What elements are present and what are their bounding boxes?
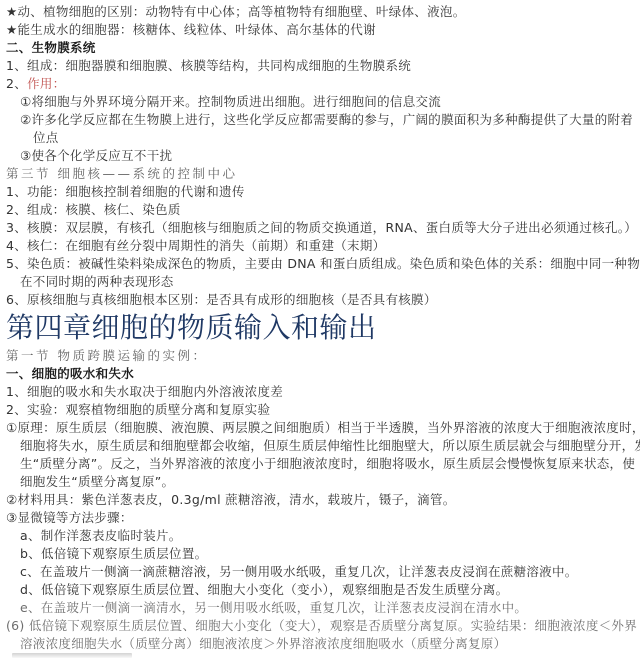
text-segment: 生“质壁分离”。反之，当外界溶液的浓度小于细胞液浓度时，细胞将吸水，原生质层会慢… [20, 456, 635, 471]
text-segment: 细胞发生“质壁分离复原”。 [20, 474, 174, 489]
doc-line: d、低倍镜下观察原生质层位置、细胞大小变化（变小），观察细胞是否发生质壁分离。 [6, 581, 636, 599]
text-segment: 1、细胞的吸水和失水取决于细胞内外溶液浓度差 [6, 384, 283, 399]
text-segment: ①原理：原生质层（细胞膜、液泡膜、两层膜之间细胞质）相当于半透膜，当外界溶液的浓… [6, 420, 640, 435]
text-segment: 一、细胞的吸水和失水 [6, 366, 134, 381]
doc-line: ③显微镜等方法步骤： [6, 509, 636, 527]
text-segment: 第三节 细胞核——系统的控制中心 [6, 166, 237, 181]
doc-line: 细胞将失水，原生质层和细胞壁都会收缩，但原生质层伸缩性比细胞壁大，所以原生质层就… [6, 437, 636, 455]
chapter-heading: 第四章细胞的物质输入和输出 [6, 310, 636, 346]
doc-line: ①将细胞与外界环境分隔开来。控制物质进出细胞。进行细胞间的信息交流 [6, 93, 636, 111]
doc-line: 3、核膜：双层膜，有核孔（细胞核与细胞质之间的物质交换通道，RNA、蛋白质等大分… [6, 219, 636, 237]
doc-line: 2、组成：核膜、核仁、染色质 [6, 201, 636, 219]
text-segment: 在不同时期的两种表现形态 [20, 274, 174, 289]
doc-line: a、制作洋葱表皮临时装片。 [6, 527, 636, 545]
doc-line: b、低倍镜下观察原生质层位置。 [6, 545, 636, 563]
doc-line: 生“质壁分离”。反之，当外界溶液的浓度小于细胞液浓度时，细胞将吸水，原生质层会慢… [6, 455, 636, 473]
text-segment: c、在盖玻片一侧滴一滴蔗糖溶液，另一侧用吸水纸吸，重复几次，让洋葱表皮浸润在蔗糖… [20, 564, 578, 579]
text-segment: ③使各个化学反应互不干扰 [20, 148, 172, 163]
doc-line: 4、核仁：在细胞有丝分裂中周期性的消失（前期）和重建（末期） [6, 237, 636, 255]
text-segment: (6) 低倍镜下观察原生质层位置、细胞大小变化（变大），观察是否质壁分离复原。实… [6, 618, 637, 633]
doc-line: ③使各个化学反应互不干扰 [6, 147, 636, 165]
doc-line: ②材料用具：紫色洋葱表皮，0.3g/ml 蔗糖溶液，清水，载玻片，镊子，滴管。 [6, 491, 636, 509]
doc-line: e、在盖玻片一侧滴一滴清水，另一侧用吸水纸吸，重复几次，让洋葱表皮浸润在清水中。 [6, 599, 636, 617]
doc-line: 在不同时期的两种表现形态 [6, 273, 636, 291]
text-segment: ★能生成水的细胞器：核糖体、线粒体、叶绿体、高尔基体的代谢 [6, 22, 376, 37]
text-segment: ★动、植物细胞的区别：动物特有中心体；高等植物特有细胞壁、叶绿体、液泡。 [6, 4, 466, 19]
doc-line: ②许多化学反应都在生物膜上进行，这些化学反应都需要酶的参与，广阔的膜面积为多种酶… [6, 111, 636, 129]
text-segment: a、制作洋葱表皮临时装片。 [20, 528, 182, 543]
doc-line: 2、作用： [6, 75, 636, 93]
text-segment: ①将细胞与外界环境分隔开来。控制物质进出细胞。进行细胞间的信息交流 [20, 94, 441, 109]
text-segment: e、在盖玻片一侧滴一滴清水，另一侧用吸水纸吸，重复几次，让洋葱表皮浸润在清水中。 [20, 600, 527, 615]
doc-line: 溶液浓度细胞失水（质壁分离）细胞液浓度＞外界溶液浓度细胞吸水（质壁分离复原） [6, 635, 636, 653]
text-segment: 5、染色质：被碱性染料染成深色的物质，主要由 DNA 和蛋白质组成。染色质和染色… [6, 256, 640, 271]
text-segment: 二、生物膜系统 [6, 40, 96, 55]
text-segment: 2、组成：核膜、核仁、染色质 [6, 202, 181, 217]
subsection-heading: 二、生物膜系统 [6, 39, 636, 57]
doc-line: (6) 低倍镜下观察原生质层位置、细胞大小变化（变大），观察是否质壁分离复原。实… [6, 617, 636, 635]
text-segment: 第四章细胞的物质输入和输出 [6, 311, 377, 344]
doc-line: ①原理：原生质层（细胞膜、液泡膜、两层膜之间细胞质）相当于半透膜，当外界溶液的浓… [6, 419, 636, 437]
doc-line: 6、原核细胞与真核细胞根本区别：是否具有成形的细胞核（是否具有核膜） [6, 291, 636, 309]
section-heading: 第一节 物质跨膜运输的实例： [6, 347, 636, 365]
highlighted-text: 作用： [27, 76, 65, 91]
text-segment: 1、组成：细胞器膜和细胞膜、核膜等结构，共同构成细胞的生物膜系统 [6, 58, 411, 73]
doc-line: ★能生成水的细胞器：核糖体、线粒体、叶绿体、高尔基体的代谢 [6, 21, 636, 39]
text-segment: 6、原核细胞与真核细胞根本区别：是否具有成形的细胞核（是否具有核膜） [6, 292, 437, 307]
doc-line: c、在盖玻片一侧滴一滴蔗糖溶液，另一侧用吸水纸吸，重复几次，让洋葱表皮浸润在蔗糖… [6, 563, 636, 581]
text-segment: 溶液浓度细胞失水（质壁分离）细胞液浓度＞外界溶液浓度细胞吸水（质壁分离复原） [20, 636, 506, 651]
text-segment: 4、核仁：在细胞有丝分裂中周期性的消失（前期）和重建（末期） [6, 238, 385, 253]
doc-line: 2、实验：观察植物细胞的质壁分离和复原实验 [6, 401, 636, 419]
document-page: ★动、植物细胞的区别：动物特有中心体；高等植物特有细胞壁、叶绿体、液泡。★能生成… [0, 0, 640, 671]
text-segment: 1、功能：细胞核控制着细胞的代谢和遗传 [6, 184, 245, 199]
text-segment: 位点 [33, 130, 59, 145]
doc-line: ★动、植物细胞的区别：动物特有中心体；高等植物特有细胞壁、叶绿体、液泡。 [6, 3, 636, 21]
text-segment: b、低倍镜下观察原生质层位置。 [20, 546, 207, 561]
doc-line: 5、染色质：被碱性染料染成深色的物质，主要由 DNA 和蛋白质组成。染色质和染色… [6, 255, 636, 273]
text-segment: 细胞将失水，原生质层和细胞壁都会收缩，但原生质层伸缩性比细胞壁大，所以原生质层就… [20, 438, 640, 453]
subsection-heading: 一、细胞的吸水和失水 [6, 365, 636, 383]
text-segment: 3、核膜：双层膜，有核孔（细胞核与细胞质之间的物质交换通道，RNA、蛋白质等大分… [6, 220, 637, 235]
text-segment: ③显微镜等方法步骤： [6, 510, 133, 525]
doc-line: 1、细胞的吸水和失水取决于细胞内外溶液浓度差 [6, 383, 636, 401]
text-segment: 第一节 物质跨膜运输的实例： [6, 348, 207, 363]
doc-line: 位点 [6, 129, 636, 147]
text-segment: ②材料用具：紫色洋葱表皮，0.3g/ml 蔗糖溶液，清水，载玻片，镊子，滴管。 [6, 492, 456, 507]
text-segment: d、低倍镜下观察原生质层位置、细胞大小变化（变小），观察细胞是否发生质壁分离。 [20, 582, 508, 597]
section-heading: 第三节 细胞核——系统的控制中心 [6, 165, 636, 183]
text-segment: 2、实验：观察植物细胞的质壁分离和复原实验 [6, 402, 270, 417]
clipped-next-line [12, 653, 132, 658]
text-segment: ②许多化学反应都在生物膜上进行，这些化学反应都需要酶的参与，广阔的膜面积为多种酶… [20, 112, 633, 127]
doc-line: 1、功能：细胞核控制着细胞的代谢和遗传 [6, 183, 636, 201]
document-body: ★动、植物细胞的区别：动物特有中心体；高等植物特有细胞壁、叶绿体、液泡。★能生成… [6, 3, 636, 653]
text-segment: 2、 [6, 76, 27, 91]
doc-line: 1、组成：细胞器膜和细胞膜、核膜等结构，共同构成细胞的生物膜系统 [6, 57, 636, 75]
doc-line: 细胞发生“质壁分离复原”。 [6, 473, 636, 491]
